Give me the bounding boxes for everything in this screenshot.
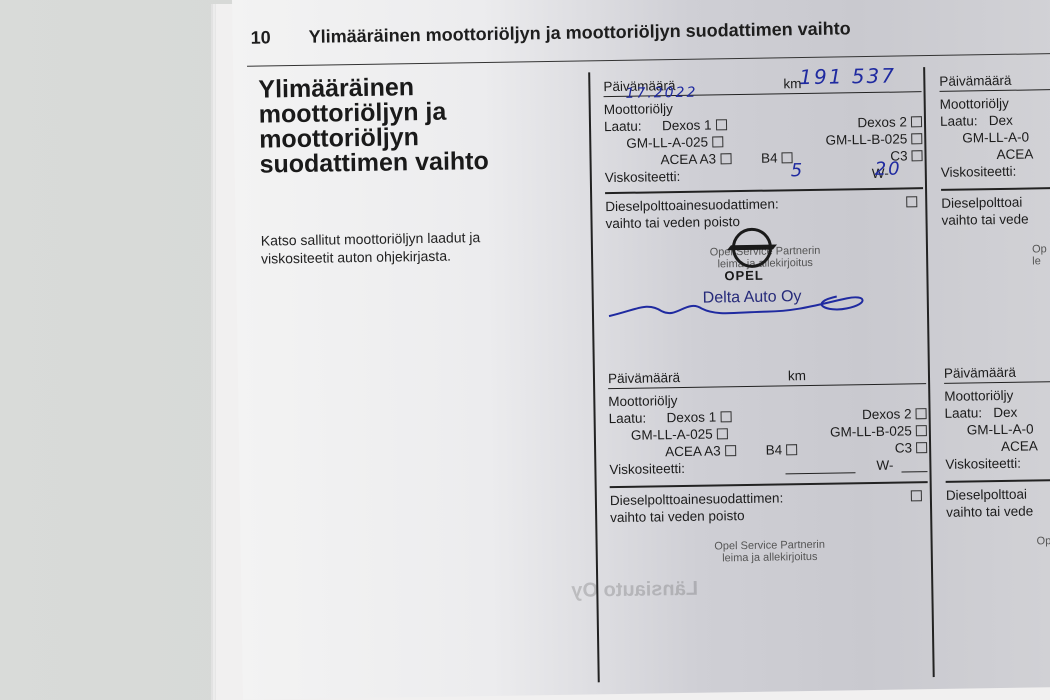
service-record-3: Päivämäärä Moottoriöljy Laatu: Dex GM-LL… bbox=[939, 65, 1050, 269]
left-column: Ylimääräinen moottoriöljyn ja moottoriöl… bbox=[258, 73, 561, 268]
page-header-title: Ylimääräinen moottoriöljyn ja moottoriöl… bbox=[308, 18, 850, 48]
c3-checkbox[interactable] bbox=[911, 150, 922, 161]
viscosity-label: Viskositeetti: bbox=[605, 169, 681, 185]
date-label: Päivämäärä bbox=[608, 370, 680, 386]
intro-text: Katso sallitut moottoriöljyn laadut ja v… bbox=[261, 227, 562, 268]
dexos1-checkbox[interactable] bbox=[720, 411, 731, 422]
w-value[interactable]: 20 bbox=[875, 159, 902, 180]
viscosity-field[interactable] bbox=[786, 472, 856, 474]
acea-a3-checkbox[interactable] bbox=[725, 445, 736, 456]
km-value[interactable]: 191 537 bbox=[799, 64, 896, 90]
stamp-brand: OPEL bbox=[724, 269, 764, 282]
bleed-through-stamp: Länsiauto Oy bbox=[571, 578, 698, 603]
engine-oil-label: Moottoriöljy bbox=[604, 101, 673, 117]
page-header: 10 Ylimääräinen moottoriöljyn ja moottor… bbox=[250, 15, 1050, 49]
km-label: km bbox=[788, 368, 806, 383]
manual-page: 10 Ylimääräinen moottoriöljyn ja moottor… bbox=[232, 0, 1050, 700]
b4-checkbox[interactable] bbox=[786, 444, 797, 455]
partial-record-column: Päivämäärä Moottoriöljy Laatu: Dex GM-LL… bbox=[933, 65, 1050, 667]
viscosity-value[interactable]: 5 bbox=[791, 160, 805, 181]
section-title: Ylimääräinen moottoriöljyn ja moottoriöl… bbox=[258, 73, 560, 178]
gm-ll-a-025-checkbox[interactable] bbox=[717, 428, 728, 439]
dexos2-checkbox[interactable] bbox=[911, 116, 922, 127]
stamp-area: Opel Service Partnerin leima ja allekirj… bbox=[611, 537, 929, 566]
opel-logo-icon bbox=[732, 227, 773, 268]
service-record-2: Päivämäärä km Moottoriöljy Laatu: Dexos … bbox=[608, 359, 929, 565]
gm-ll-b-025-checkbox[interactable] bbox=[911, 133, 922, 144]
page-number: 10 bbox=[250, 27, 270, 48]
stamp-area: Opel Service Partnerin leima ja allekirj… bbox=[606, 243, 924, 272]
header-divider bbox=[247, 53, 1050, 67]
w-field[interactable] bbox=[901, 471, 927, 472]
signature-icon bbox=[607, 287, 887, 321]
c3-checkbox[interactable] bbox=[916, 442, 927, 453]
dexos2-checkbox[interactable] bbox=[915, 408, 926, 419]
gm-ll-a-025-checkbox[interactable] bbox=[712, 136, 723, 147]
acea-a3-checkbox[interactable] bbox=[720, 153, 731, 164]
dexos1-checkbox[interactable] bbox=[715, 119, 726, 130]
diesel-filter-checkbox[interactable] bbox=[911, 490, 922, 501]
service-record-4: Päivämäärä Moottoriöljy Laatu: Dex GM-LL… bbox=[944, 354, 1050, 548]
service-record-1: Päivämäärä km 191 537 17.2022 Moottoriöl… bbox=[603, 67, 924, 271]
gm-ll-b-025-checkbox[interactable] bbox=[916, 425, 927, 436]
diesel-filter-checkbox[interactable] bbox=[906, 196, 917, 207]
